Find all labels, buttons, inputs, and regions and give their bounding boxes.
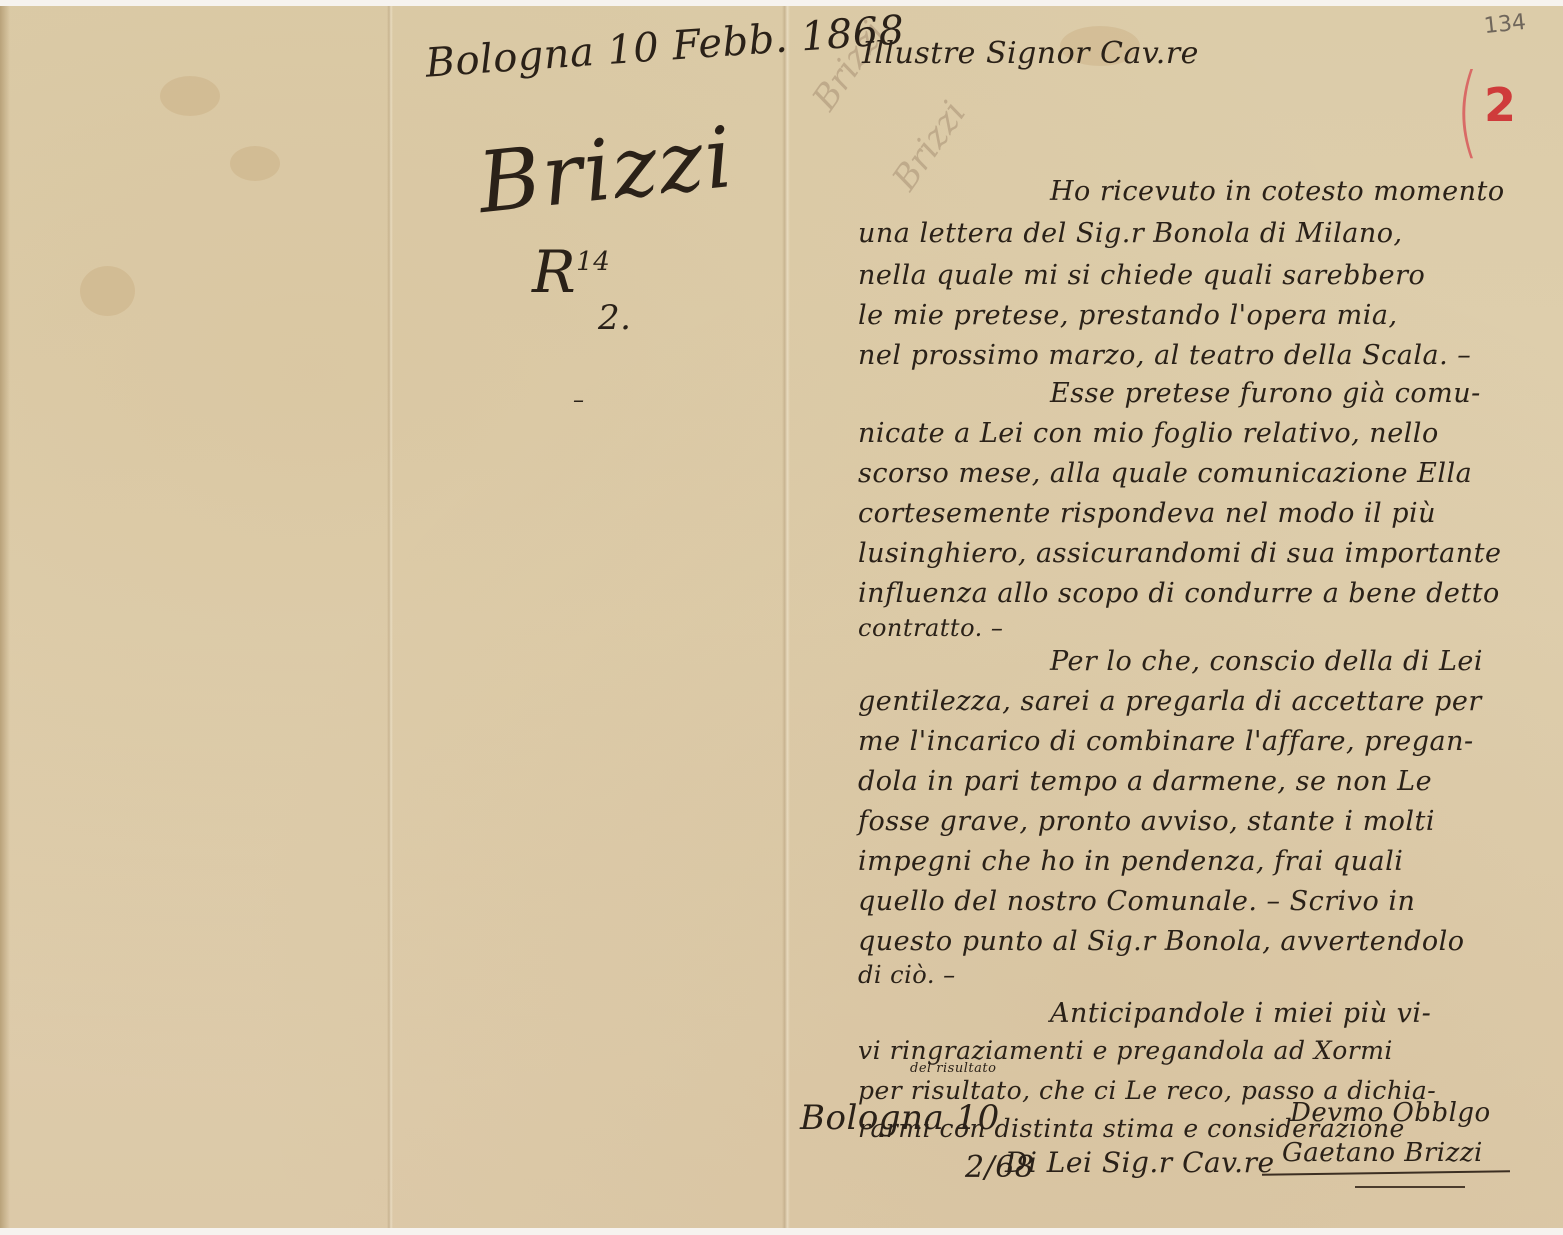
docket-surname: Brizzi	[474, 108, 739, 232]
letter-line: me l'incarico di combinare l'affare, pre…	[858, 726, 1474, 757]
paper-edge	[0, 6, 10, 1228]
letter-line: impegni che ho in pendenza, frai quali	[858, 846, 1403, 877]
closing-formula: Di Lei Sig.r Cav.re	[1005, 1146, 1275, 1179]
letter-line: Esse pretese furono già comu-	[1050, 378, 1481, 409]
bleed-through-text: Brizzi	[885, 94, 974, 198]
foxing-stain	[80, 266, 135, 316]
signature-date-fraction: 2/68	[965, 1150, 1034, 1185]
signature-valediction: Devmo Obblgo	[1290, 1098, 1491, 1128]
scan-bottom-margin	[0, 1228, 1563, 1235]
letter-line: quello del nostro Comunale. – Scrivo in	[858, 886, 1415, 917]
letter-line: nel prossimo marzo, al teatro della Scal…	[858, 340, 1471, 371]
letter-line: fosse grave, pronto avviso, stante i mol…	[858, 806, 1435, 837]
letter-line: una lettera del Sig.r Bonola di Milano,	[858, 218, 1403, 249]
salutation: Illustre Signor Cav.re	[862, 36, 1199, 71]
letter-line: questo punto al Sig.r Bonola, avvertendo…	[858, 926, 1465, 957]
archive-red-bracket: (	[1456, 52, 1479, 169]
letter-line: contratto. –	[858, 614, 1003, 642]
signature-place-date: Bologna 10	[800, 1098, 1000, 1138]
letter-line: nella quale mi si chiede quali sarebbero	[858, 260, 1425, 291]
letter-line: gentilezza, sarei a pregarla di accettar…	[858, 686, 1482, 717]
docket-ref-letter: R	[532, 238, 576, 306]
fold-line-center	[782, 6, 790, 1228]
letter-line: influenza allo scopo di condurre a bene …	[858, 578, 1500, 609]
letter-sheet: Brizzi Brizzi Bologna 10 Febb. 1868 Briz…	[0, 6, 1563, 1228]
letter-line: scorso mese, alla quale comunicazione El…	[858, 458, 1472, 489]
archive-red-number: 2	[1484, 78, 1516, 132]
letter-line: dola in pari tempo a darmene, se non Le	[858, 766, 1432, 797]
foxing-stain	[230, 146, 280, 181]
foxing-stain	[160, 76, 220, 116]
fold-line-left	[387, 6, 393, 1228]
letter-line: le mie pretese, prestando l'opera mia,	[858, 300, 1398, 331]
docket-ref-sub: 2.	[598, 298, 631, 338]
letter-line: lusinghiero, assicurandomi di sua import…	[858, 538, 1502, 569]
docket-dash: –	[573, 388, 585, 413]
signature-flourish	[1355, 1186, 1465, 1188]
docket-ref-number: 14	[576, 247, 610, 277]
docket-reference: R14	[532, 238, 610, 306]
interlinear-correction: del risultato	[910, 1061, 996, 1076]
letter-line: Per lo che, conscio della di Lei	[1050, 646, 1483, 677]
letter-line: Ho ricevuto in cotesto momento	[1050, 176, 1505, 207]
signature-name: Gaetano Brizzi	[1282, 1138, 1483, 1168]
letter-line: di ciò. –	[858, 961, 956, 989]
letter-line: Anticipandole i miei più vi-	[1050, 998, 1431, 1029]
archive-pencil-number: 134	[1483, 10, 1527, 39]
letter-line: cortesemente rispondeva nel modo il più	[858, 498, 1436, 529]
letter-line: nicate a Lei con mio foglio relativo, ne…	[858, 418, 1439, 449]
